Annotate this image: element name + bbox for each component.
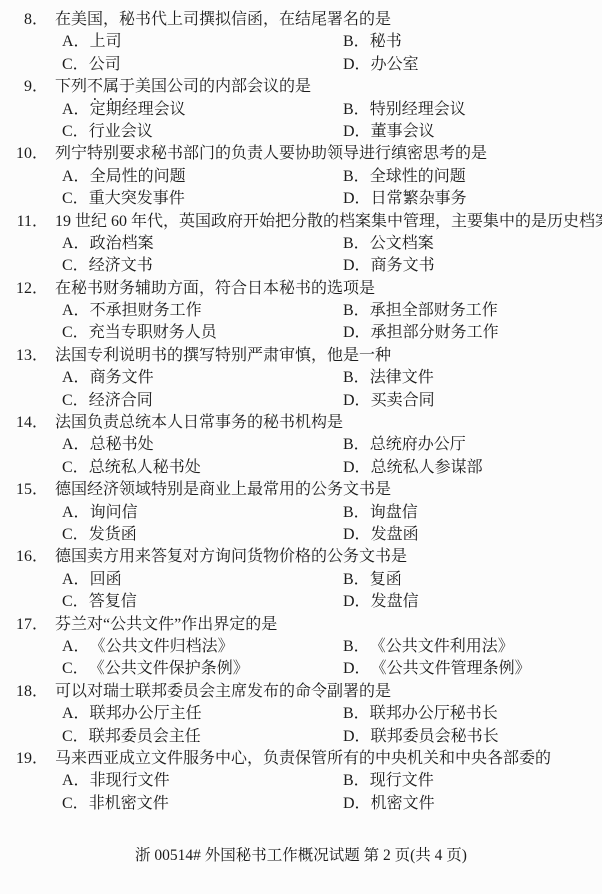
option-a: A．总秘书处	[62, 434, 343, 456]
option-b-text: 复函	[370, 571, 402, 588]
option-b-label: B．	[343, 300, 370, 322]
options-row-cd: C．重大突发事件D．日常繁杂事务	[0, 188, 602, 210]
option-b-label: B．	[343, 434, 370, 456]
option-d-label: D．	[343, 121, 371, 143]
option-d: D．机密文件	[343, 793, 435, 815]
options-row-ab: A．总秘书处B．总统府办公厅	[0, 434, 602, 456]
option-d: D．承担部分财务工作	[343, 322, 499, 344]
option-b-label: B．	[343, 636, 370, 658]
option-a-label: A．	[62, 569, 90, 591]
question-number: 13．	[0, 345, 48, 367]
option-d-text: 总统私人参谋部	[371, 459, 483, 476]
options-row-ab: A．不承担财务工作B．承担全部财务工作	[0, 300, 602, 322]
option-b-label: B．	[343, 770, 370, 792]
option-b-label: B．	[343, 166, 370, 188]
option-c-label: C．	[62, 121, 89, 143]
option-c: C．《公共文件保护条例》	[62, 658, 343, 680]
option-d-text: 办公室	[371, 56, 419, 73]
option-b-text: 法律文件	[370, 369, 434, 386]
option-a-label: A．	[62, 300, 90, 322]
option-a: A．回函	[62, 569, 343, 591]
question-stem: 德国卖方用来答复对方询问货物价格的公务文书是	[55, 546, 407, 568]
option-d-text: 承担部分财务工作	[371, 324, 499, 341]
option-d-label: D．	[343, 591, 371, 613]
option-d: D．董事会议	[343, 121, 435, 143]
option-c: C．公司	[62, 54, 343, 76]
question-stem-row: 16．德国卖方用来答复对方询问货物价格的公务文书是	[0, 546, 602, 568]
option-b-text: 秘书	[370, 33, 402, 50]
option-d: D．买卖合同	[343, 390, 435, 412]
option-c: C．联邦委员会主任	[62, 726, 343, 748]
option-d-text: 联邦委员会秘书长	[371, 728, 499, 745]
question-number: 17．	[0, 614, 48, 636]
option-a-label: A．	[62, 770, 90, 792]
option-c-text: 公司	[89, 56, 121, 73]
options-row-ab: A．上司B．秘书	[0, 31, 602, 53]
option-b-label: B．	[343, 367, 370, 389]
options-row-ab: A．询问信B．询盘信	[0, 502, 602, 524]
option-b: B．秘书	[343, 31, 402, 53]
option-a-label: A．	[62, 233, 90, 255]
option-b-text: 现行文件	[370, 772, 434, 789]
question-stem-row: 17．芬兰对“公共文件”作出界定的是	[0, 614, 602, 636]
stem-text: 芬兰对“公共文件”作出界定的是	[55, 616, 277, 633]
option-d-text: 商务文书	[371, 257, 435, 274]
option-c-text: 联邦委员会主任	[89, 728, 201, 745]
options-row-ab: A．回函B．复函	[0, 569, 602, 591]
option-d-text: 日常繁杂事务	[371, 190, 467, 207]
option-a: A．联邦办公厅主任	[62, 703, 343, 725]
question-number: 19．	[0, 748, 48, 770]
option-d: D．日常繁杂事务	[343, 188, 467, 210]
question-item: 8．在美国，秘书代上司撰拟信函，在结尾署名的是 A．上司B．秘书 C．公司D．办…	[0, 9, 602, 76]
question-item: 16．德国卖方用来答复对方询问货物价格的公务文书是 A．回函B．复函 C．答复信…	[0, 546, 602, 613]
option-c-text: 总统私人秘书处	[89, 459, 201, 476]
option-c-label: C．	[62, 658, 89, 680]
option-b: B．承担全部财务工作	[343, 300, 498, 322]
stem-text: 列宁特别要求秘书部门的负责人要协助领导进行缜密思考的是	[55, 145, 487, 162]
question-item: 19．马来西亚成立文件服务中心，负责保管所有的中央机关和中央各部委的 A．非现行…	[0, 748, 602, 815]
option-a-text: 《公共文件归档法》	[90, 638, 234, 655]
options-row-ab: A．定期经理会议B．特别经理会议	[0, 99, 602, 121]
option-c-label: C．	[62, 188, 89, 210]
question-stem: 列宁特别要求秘书部门的负责人要协助领导进行缜密思考的是	[55, 143, 487, 165]
option-a-label: A．	[62, 434, 90, 456]
question-stem-row: 11．19 世纪 60 年代，英国政府开始把分散的档案集中管理，主要集中的是历史…	[0, 211, 602, 233]
option-c: C．答复信	[62, 591, 343, 613]
stem-text: 在秘书财务辅助方面，符合日本秘书的选项是	[55, 280, 375, 297]
question-number: 8．	[0, 9, 48, 31]
option-c-label: C．	[62, 255, 89, 277]
option-c-label: C．	[62, 793, 89, 815]
question-stem: 马来西亚成立文件服务中心，负责保管所有的中央机关和中央各部委的	[55, 748, 551, 770]
option-d-text: 发盘函	[371, 526, 419, 543]
option-b-text: 承担全部财务工作	[370, 302, 498, 319]
options-row-cd: C．答复信D．发盘信	[0, 591, 602, 613]
option-b: B．总统府办公厅	[343, 434, 466, 456]
option-b-text: 询盘信	[370, 504, 418, 521]
option-a: A．全局性的问题	[62, 166, 343, 188]
option-c-text: 非机密文件	[89, 795, 169, 812]
question-number: 10．	[0, 143, 48, 165]
question-stem: 法国专利说明书的撰写特别严肃审慎，他是一种	[55, 345, 391, 367]
stem-text: 德国卖方用来答复对方询问货物价格的公务文书是	[55, 548, 407, 565]
option-c-label: C．	[62, 322, 89, 344]
question-item: 17．芬兰对“公共文件”作出界定的是 A．《公共文件归档法》B．《公共文件利用法…	[0, 614, 602, 681]
option-b-label: B．	[343, 502, 370, 524]
options-row-ab: A．非现行文件B．现行文件	[0, 770, 602, 792]
question-item: 12．在秘书财务辅助方面，符合日本秘书的选项是 A．不承担财务工作B．承担全部财…	[0, 278, 602, 345]
option-b-label: B．	[343, 233, 370, 255]
question-number: 9．	[0, 76, 48, 98]
option-c: C．经济合同	[62, 390, 343, 412]
stem-text: 马来西亚成立文件服务中心，负责保管所有的中央机关和中央各部委的	[55, 750, 551, 767]
stem-text: 美国公司的内部会议的是	[135, 78, 311, 95]
option-a-text: 政治档案	[90, 235, 154, 252]
option-d-label: D．	[343, 188, 371, 210]
question-stem-row: 8．在美国，秘书代上司撰拟信函，在结尾署名的是	[0, 9, 602, 31]
question-number: 14．	[0, 412, 48, 434]
question-stem: 在美国，秘书代上司撰拟信函，在结尾署名的是	[55, 9, 391, 31]
option-a: A．商务文件	[62, 367, 343, 389]
stem-text: 法国专利说明书的撰写特别严肃审慎，他是一种	[55, 347, 391, 364]
stem-text: 法国负责总统本人日常事务的秘书机构是	[55, 414, 343, 431]
options-row-ab: A．政治档案B．公文档案	[0, 233, 602, 255]
question-stem-row: 12．在秘书财务辅助方面，符合日本秘书的选项是	[0, 278, 602, 300]
stem-text: 19 世纪 60 年代，英国政府开始把分散的档案集中管理，主要集中的是历史档案和	[55, 213, 602, 230]
option-a: A．政治档案	[62, 233, 343, 255]
option-c-label: C．	[62, 390, 89, 412]
option-a-label: A．	[62, 31, 90, 53]
question-stem-row: 15．德国经济领域特别是商业上最常用的公务文书是	[0, 479, 602, 501]
question-stem-row: 13．法国专利说明书的撰写特别严肃审慎，他是一种	[0, 345, 602, 367]
option-d: D．发盘信	[343, 591, 419, 613]
option-a: A．《公共文件归档法》	[62, 636, 343, 658]
option-a-text: 商务文件	[90, 369, 154, 386]
option-b: B．《公共文件利用法》	[343, 636, 514, 658]
option-d: D．联邦委员会秘书长	[343, 726, 499, 748]
question-stem: 19 世纪 60 年代，英国政府开始把分散的档案集中管理，主要集中的是历史档案和	[55, 211, 602, 233]
option-c-text: 行业会议	[89, 123, 153, 140]
option-c: C．充当专职财务人员	[62, 322, 343, 344]
question-stem-row: 10．列宁特别要求秘书部门的负责人要协助领导进行缜密思考的是	[0, 143, 602, 165]
question-item: 18．可以对瑞士联邦委员会主席发布的命令副署的是 A．联邦办公厅主任B．联邦办公…	[0, 681, 602, 748]
option-c-text: 充当专职财务人员	[89, 324, 217, 341]
option-b: B．全球性的问题	[343, 166, 466, 188]
options-row-cd: C．发货函D．发盘函	[0, 524, 602, 546]
stem-text: 可以对瑞士联邦委员会主席发布的命令副署的是	[55, 683, 391, 700]
question-item: 9．下列不属于美国公司的内部会议的是 A．定期经理会议B．特别经理会议 C．行业…	[0, 76, 602, 143]
option-c-label: C．	[62, 591, 89, 613]
option-d-label: D．	[343, 255, 371, 277]
option-b-label: B．	[343, 569, 370, 591]
option-b-text: 联邦办公厅秘书长	[370, 705, 498, 722]
page-footer: 浙 00514# 外国秘书工作概况试题 第 2 页(共 4 页)	[0, 846, 602, 866]
options-row-ab: A．商务文件B．法律文件	[0, 367, 602, 389]
option-b-label: B．	[343, 99, 370, 121]
option-a-text: 回函	[90, 571, 122, 588]
option-c: C．发货函	[62, 524, 343, 546]
option-a-text: 总秘书处	[90, 436, 154, 453]
option-b-label: B．	[343, 703, 370, 725]
options-row-cd: C．充当专职财务人员D．承担部分财务工作	[0, 322, 602, 344]
question-stem-row: 19．马来西亚成立文件服务中心，负责保管所有的中央机关和中央各部委的	[0, 748, 602, 770]
option-d-label: D．	[343, 390, 371, 412]
option-d-text: 买卖合同	[371, 392, 435, 409]
option-c-text: 重大突发事件	[89, 190, 185, 207]
option-c-label: C．	[62, 524, 89, 546]
option-a: A．询问信	[62, 502, 343, 524]
options-row-cd: C．行业会议D．董事会议	[0, 121, 602, 143]
question-item: 13．法国专利说明书的撰写特别严肃审慎，他是一种 A．商务文件B．法律文件 C．…	[0, 345, 602, 412]
question-number: 16．	[0, 546, 48, 568]
option-d-label: D．	[343, 793, 371, 815]
option-b-text: 全球性的问题	[370, 168, 466, 185]
question-item: 14．法国负责总统本人日常事务的秘书机构是 A．总秘书处B．总统府办公厅 C．总…	[0, 412, 602, 479]
question-number: 15．	[0, 479, 48, 501]
option-a-label: A．	[62, 166, 90, 188]
option-b: B．特别经理会议	[343, 99, 466, 121]
options-row-cd: C．经济文书D．商务文书	[0, 255, 602, 277]
option-d-label: D．	[343, 54, 371, 76]
option-c: C．重大突发事件	[62, 188, 343, 210]
option-b-text: 公文档案	[370, 235, 434, 252]
option-b-text: 《公共文件利用法》	[370, 638, 514, 655]
options-row-cd: C．《公共文件保护条例》D．《公共文件管理条例》	[0, 658, 602, 680]
option-c-text: 经济文书	[89, 257, 153, 274]
option-d-text: 发盘信	[371, 593, 419, 610]
option-a-label: A．	[62, 99, 90, 121]
options-row-cd: C．总统私人秘书处D．总统私人参谋部	[0, 457, 602, 479]
option-a-text: 非现行文件	[90, 772, 170, 789]
option-b-label: B．	[343, 31, 370, 53]
option-d-label: D．	[343, 457, 371, 479]
option-d: D．《公共文件管理条例》	[343, 658, 531, 680]
question-stem: 德国经济领域特别是商业上最常用的公务文书是	[55, 479, 391, 501]
option-a-label: A．	[62, 703, 90, 725]
options-row-ab: A．联邦办公厅主任B．联邦办公厅秘书长	[0, 703, 602, 725]
option-b: B．复函	[343, 569, 402, 591]
question-stem: 芬兰对“公共文件”作出界定的是	[55, 614, 277, 636]
option-b: B．公文档案	[343, 233, 434, 255]
option-d-label: D．	[343, 524, 371, 546]
question-item: 15．德国经济领域特别是商业上最常用的公务文书是 A．询问信B．询盘信 C．发货…	[0, 479, 602, 546]
option-b-text: 特别经理会议	[370, 101, 466, 118]
question-stem: 在秘书财务辅助方面，符合日本秘书的选项是	[55, 278, 375, 300]
question-number: 12．	[0, 278, 48, 300]
option-d: D．总统私人参谋部	[343, 457, 483, 479]
option-c-text: 答复信	[89, 593, 137, 610]
option-c-text: 经济合同	[89, 392, 153, 409]
option-a-text: 全局性的问题	[90, 168, 186, 185]
options-row-ab: A．全局性的问题B．全球性的问题	[0, 166, 602, 188]
question-item: 10．列宁特别要求秘书部门的负责人要协助领导进行缜密思考的是 A．全局性的问题B…	[0, 143, 602, 210]
option-a: A．上司	[62, 31, 343, 53]
exam-page: 8．在美国，秘书代上司撰拟信函，在结尾署名的是 A．上司B．秘书 C．公司D．办…	[0, 0, 602, 894]
option-a-text: 询问信	[90, 504, 138, 521]
option-d-label: D．	[343, 726, 371, 748]
question-number: 18．	[0, 681, 48, 703]
question-stem-row: 18．可以对瑞士联邦委员会主席发布的命令副署的是	[0, 681, 602, 703]
question-stem: 可以对瑞士联邦委员会主席发布的命令副署的是	[55, 681, 391, 703]
option-a: A．定期经理会议	[62, 99, 343, 121]
option-b: B．现行文件	[343, 770, 434, 792]
option-c: C．总统私人秘书处	[62, 457, 343, 479]
option-d-text: 机密文件	[371, 795, 435, 812]
option-d-text: 董事会议	[371, 123, 435, 140]
option-d-text: 《公共文件管理条例》	[371, 660, 531, 677]
option-b: B．法律文件	[343, 367, 434, 389]
option-a-label: A．	[62, 367, 90, 389]
question-list: 8．在美国，秘书代上司撰拟信函，在结尾署名的是 A．上司B．秘书 C．公司D．办…	[0, 0, 602, 815]
option-d: D．办公室	[343, 54, 419, 76]
options-row-cd: C．联邦委员会主任D．联邦委员会秘书长	[0, 726, 602, 748]
option-a-label: A．	[62, 502, 90, 524]
option-a-text: 联邦办公厅主任	[90, 705, 202, 722]
option-a-text: 不承担财务工作	[90, 302, 202, 319]
option-c: C．非机密文件	[62, 793, 343, 815]
question-stem-row: 14．法国负责总统本人日常事务的秘书机构是	[0, 412, 602, 434]
stem-emphasized-text: 不属于	[87, 78, 135, 95]
option-c: C．经济文书	[62, 255, 343, 277]
option-c-label: C．	[62, 457, 89, 479]
options-row-cd: C．经济合同D．买卖合同	[0, 390, 602, 412]
question-item: 11．19 世纪 60 年代，英国政府开始把分散的档案集中管理，主要集中的是历史…	[0, 211, 602, 278]
option-d-label: D．	[343, 658, 371, 680]
option-d: D．发盘函	[343, 524, 419, 546]
question-stem: 法国负责总统本人日常事务的秘书机构是	[55, 412, 343, 434]
option-c: C．行业会议	[62, 121, 343, 143]
option-a-text: 上司	[90, 33, 122, 50]
stem-text: 下列	[55, 78, 87, 95]
option-a: A．不承担财务工作	[62, 300, 343, 322]
option-b: B．询盘信	[343, 502, 418, 524]
question-stem-row: 9．下列不属于美国公司的内部会议的是	[0, 76, 602, 98]
option-c-label: C．	[62, 54, 89, 76]
stem-text: 德国经济领域特别是商业上最常用的公务文书是	[55, 481, 391, 498]
option-c-text: 发货函	[89, 526, 137, 543]
options-row-cd: C．非机密文件D．机密文件	[0, 793, 602, 815]
option-a-text: 定期经理会议	[90, 101, 186, 118]
option-c-text: 《公共文件保护条例》	[89, 660, 249, 677]
option-c-label: C．	[62, 726, 89, 748]
stem-text: 在美国，秘书代上司撰拟信函，在结尾署名的是	[55, 11, 391, 28]
option-d-label: D．	[343, 322, 371, 344]
option-b-text: 总统府办公厅	[370, 436, 466, 453]
question-number: 11．	[0, 211, 48, 233]
option-a: A．非现行文件	[62, 770, 343, 792]
options-row-cd: C．公司D．办公室	[0, 54, 602, 76]
option-a-label: A．	[62, 636, 90, 658]
option-b: B．联邦办公厅秘书长	[343, 703, 498, 725]
option-d: D．商务文书	[343, 255, 435, 277]
options-row-ab: A．《公共文件归档法》B．《公共文件利用法》	[0, 636, 602, 658]
